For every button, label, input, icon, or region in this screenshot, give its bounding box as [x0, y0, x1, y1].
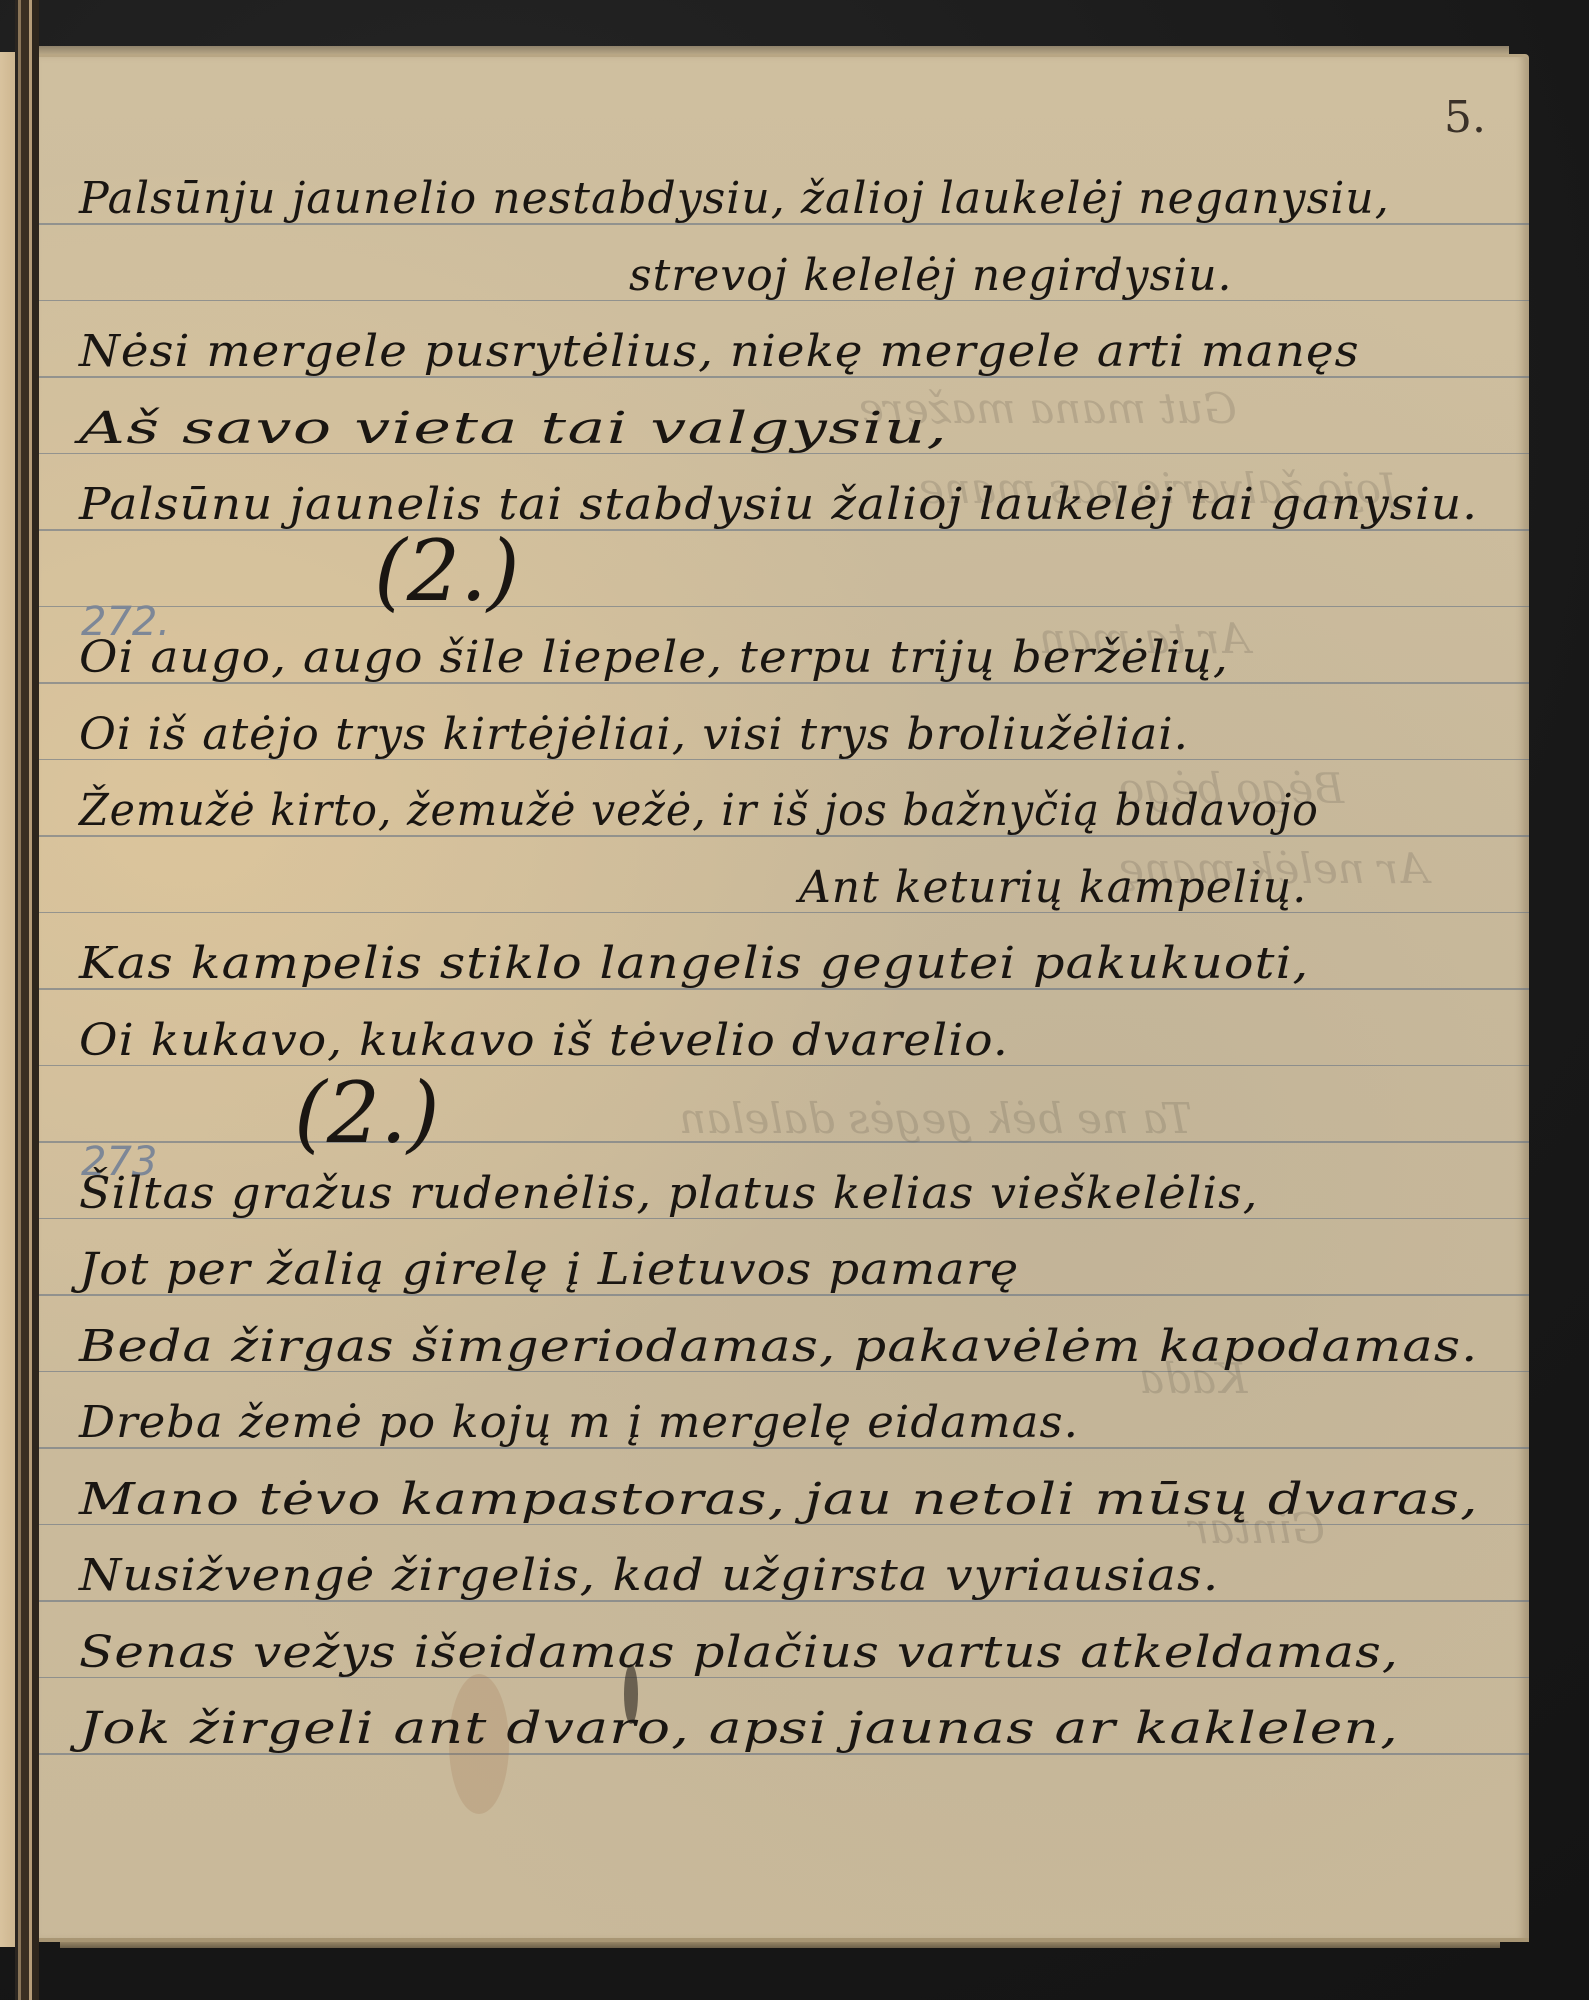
- handwritten-line: Palsūnju jaunelio nestabdysiu, žalioj la…: [79, 173, 1390, 224]
- handwritten-line: Nusižvengė žirgelis, kad užgirsta vyriau…: [79, 1550, 1219, 1601]
- handwritten-line: Žemužė kirto, žemužė vežė, ir iš jos baž…: [79, 785, 1319, 836]
- handwritten-line: Beda žirgas šimgeriodamas, pakavėlėm kap…: [79, 1321, 1478, 1372]
- handwritten-line: Nėsi mergele pusrytėlius, niekę mergele …: [79, 326, 1360, 377]
- handwritten-line: Palsūnu jaunelis tai stabdysiu žalioj la…: [79, 479, 1478, 530]
- ruled-line: [39, 606, 1529, 608]
- notebook-binding: [15, 0, 39, 2000]
- handwritten-line: strevoj kelelėj negirdysiu.: [629, 250, 1233, 301]
- left-page-edge: [0, 52, 15, 1947]
- bleed-through-text: Ta ne bėk gegės dalelan: [679, 1094, 1192, 1143]
- handwritten-line: Senas vežys išeidamas plačius vartus atk…: [79, 1627, 1399, 1678]
- handwritten-line: Kas kampelis stiklo langelis gegutei pak…: [79, 938, 1309, 989]
- handwritten-line: Mano tėvo kampastoras, jau netoli mūsų d…: [79, 1474, 1479, 1525]
- handwritten-line: Oi augo, augo šile liepele, terpu trijų …: [79, 632, 1229, 683]
- handwritten-line: Dreba žemė po kojų m į mergelę eidamas.: [79, 1397, 1079, 1448]
- handwritten-line: Šiltas gražus rudenėlis, platus kelias v…: [79, 1168, 1258, 1219]
- stanza-mark-repeat-2: (2.): [294, 1064, 440, 1162]
- handwritten-line: Aš savo vieta tai valgysiu,: [79, 403, 948, 454]
- stanza-mark-repeat-2: (2.): [374, 522, 520, 620]
- handwritten-line: Jok žirgeli ant dvaro, apsi jaunas ar ka…: [79, 1703, 1399, 1754]
- handwritten-line: Oi iš atėjo trys kirtėjėliai, visi trys …: [79, 709, 1189, 760]
- handwritten-line: Jot per žalią girelę į Lietuvos pamarę: [79, 1244, 1019, 1295]
- notebook-page: Gut mana mažere Jojo žalvario pas mane A…: [39, 54, 1529, 1942]
- page-number: 5.: [1444, 92, 1486, 143]
- handwritten-line: Oi kukavo, kukavo iš tėvelio dvarelio.: [79, 1015, 1009, 1066]
- handwritten-line: Ant keturių kampelių.: [799, 862, 1307, 913]
